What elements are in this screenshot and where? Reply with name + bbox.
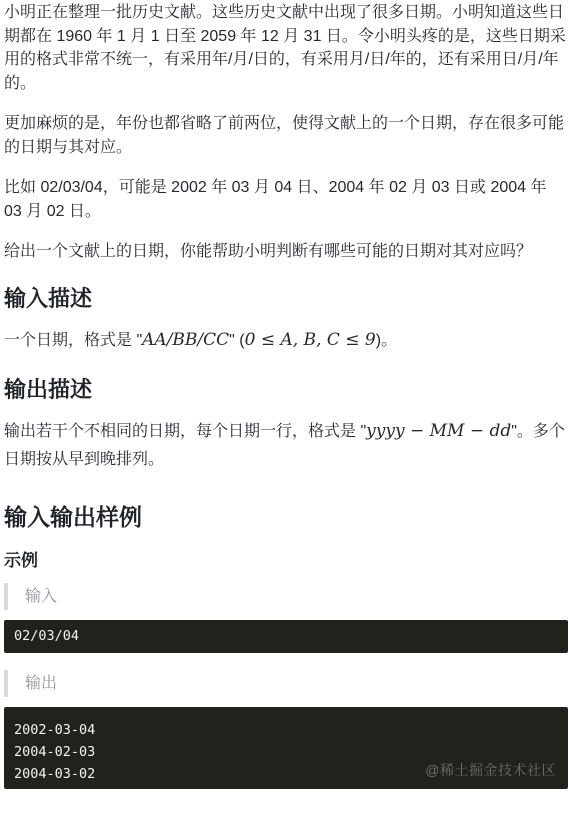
problem-paragraph-1: 小明正在整理一批历史文献。这些历史文献中出现了很多日期。小明知道这些日期都在 1… [4, 1, 568, 95]
input-code-block: 02/03/04 [4, 620, 568, 653]
problem-description: 小明正在整理一批历史文献。这些历史文献中出现了很多日期。小明知道这些日期都在 1… [0, 0, 584, 822]
input-label-quote: 输入 [4, 583, 568, 610]
input-format-line: 一个日期，格式是 "AA/BB/CC" (0 ≤ A, B, C ≤ 9)。 [4, 326, 568, 355]
input-format-text-between: " ( [229, 332, 244, 349]
output-format-line: 输出若干个不相同的日期，每个日期一行，格式是 "yyyy − MM − dd"。… [4, 417, 568, 474]
output-format-math: yyyy − MM − dd [366, 421, 511, 441]
input-format-math: AA/BB/CC [142, 330, 229, 350]
output-code-block: 2002-03-04 2004-02-03 2004-03-02 @稀土掘金技术… [4, 707, 568, 789]
samples-heading: 输入输出样例 [4, 501, 568, 533]
problem-paragraph-4: 给出一个文献上的日期，你能帮助小明判断有哪些可能的日期对其对应吗？ [4, 240, 568, 264]
output-label-quote: 输出 [4, 670, 568, 697]
output-format-text-before: 输出若干个不相同的日期，每个日期一行，格式是 " [4, 423, 366, 440]
watermark: @稀土掘金技术社区 [425, 759, 556, 783]
example-heading: 示例 [4, 549, 568, 573]
input-description-heading: 输入描述 [4, 284, 568, 314]
problem-paragraph-3: 比如 02/03/04，可能是 2002 年 03 月 04 日、2004 年 … [4, 176, 568, 223]
input-format-text-after: )。 [376, 332, 397, 349]
input-format-text-before: 一个日期，格式是 " [4, 332, 142, 349]
output-description-heading: 输出描述 [4, 375, 568, 405]
input-code-text: 02/03/04 [4, 620, 568, 653]
problem-paragraph-2: 更加麻烦的是，年份也都省略了前两位，使得文献上的一个日期，存在很多可能的日期与其… [4, 112, 568, 159]
input-label: 输入 [25, 588, 57, 605]
output-label: 输出 [25, 675, 57, 692]
input-constraint-math: 0 ≤ A, B, C ≤ 9 [245, 330, 376, 350]
